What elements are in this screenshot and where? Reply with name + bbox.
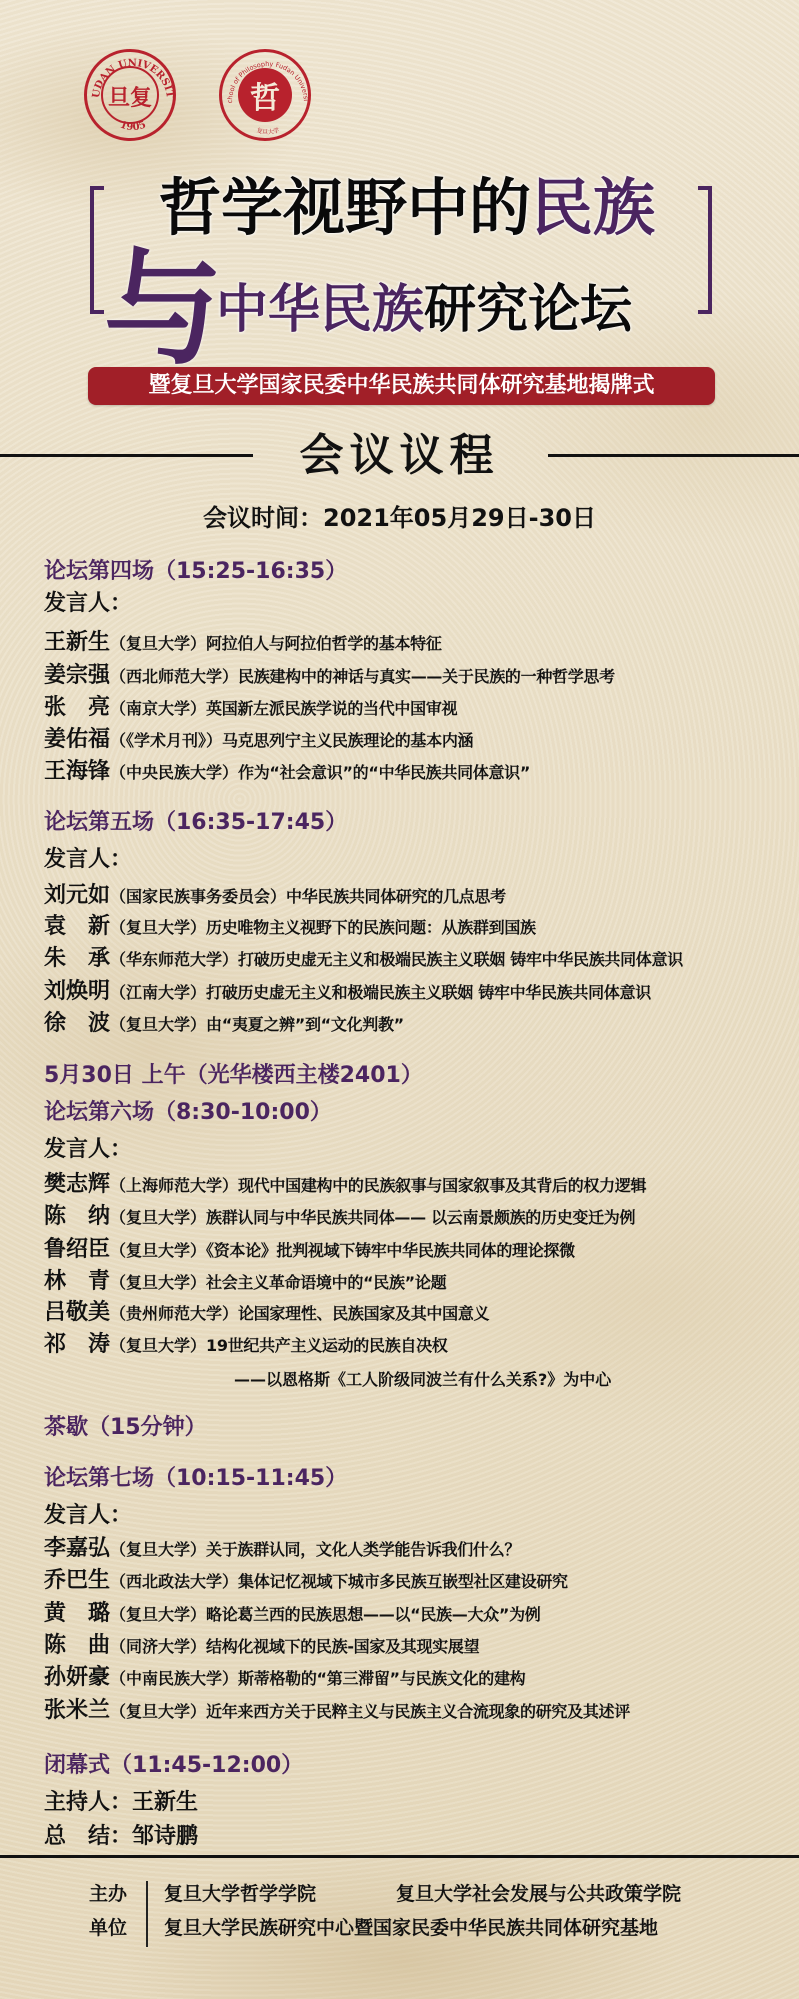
speaker-topic: 现代中国建构中的民族叙事与国家叙事及其背后的权力逻辑 [238,1176,646,1195]
speaker-topic: 略论葛兰西的民族思想——以“民族—大众”为例 [206,1605,540,1624]
speaker-affiliation: （复旦大学） [110,1273,206,1292]
footer-rule [0,1855,799,1858]
school-of-philosophy-logo: School of Philosophy Fudan University 复旦… [219,49,311,141]
speaker-name: 刘元如 [44,881,110,911]
title-line-1-plain: 哲学视野中的 [159,171,531,244]
speaker-name: 刘焕明 [44,977,110,1007]
speaker-topic: 社会主义革命语境中的“民族”论题 [206,1273,446,1292]
speaker-topic: 中华民族共同体研究的几点思考 [286,887,506,906]
session-title: 论坛第六场（8:30-10:00） [44,1098,332,1128]
philosophy-seal-glyph: 哲 [250,73,280,117]
organizer-divider [146,1881,148,1947]
session-title: 论坛第五场（16:35-17:45） [44,808,347,838]
speaker-label: 发言人： [44,589,132,619]
organizer-item: 复旦大学民族研究中心暨国家民委中华民族共同体研究基地 [164,1915,658,1941]
speaker-topic: 论国家理性、民族国家及其中国意义 [238,1304,489,1323]
session-title: 论坛第四场（15:25-16:35） [44,557,347,587]
speaker-name: 鲁绍臣 [44,1235,110,1265]
speaker-affiliation: （复旦大学） [110,918,206,937]
speaker-affiliation: （复旦大学） [110,1605,206,1624]
closing-host-row: 主持人：王新生 [44,1788,198,1818]
speaker-topic: 19世纪共产主义运动的民族自决权 [206,1336,447,1355]
speaker-label: 发言人： [44,1501,132,1531]
title-line-2-plain: 研究论坛 [424,279,632,340]
speaker-affiliation: （复旦大学） [110,1540,206,1559]
fudan-university-logo: FUDAN UNIVERSITY 1905 旦复 [84,49,176,141]
speaker-affiliation: （复旦大学） [110,1702,206,1721]
speaker-affiliation: （复旦大学） [110,1208,206,1227]
speaker-row: 刘元如（国家民族事务委员会）中华民族共同体研究的几点思考 [44,881,506,911]
speaker-affiliation: （江南大学） [110,983,206,1002]
speaker-name: 张米兰 [44,1696,110,1726]
speaker-topic: 作为“社会意识”的“中华民族共同体意识” [238,763,530,782]
speaker-name: 袁 新 [44,912,110,942]
speaker-topic: 关于族群认同，文化人类学能告诉我们什么？ [206,1540,520,1559]
closing-title: 闭幕式（11:45-12:00） [44,1751,303,1781]
speaker-affiliation: （华东师范大学） [110,950,238,969]
subtitle-banner: 暨复旦大学国家民委中华民族共同体研究基地揭牌式 [88,367,715,405]
speaker-row: 吕敬美（贵州师范大学）论国家理性、民族国家及其中国意义 [44,1298,489,1328]
speaker-name: 黄 璐 [44,1599,110,1629]
closing-summary-row: 总 结：邹诗鹏 [44,1822,198,1852]
speaker-name: 孙妍豪 [44,1663,110,1693]
speaker-topic: 族群认同与中华民族共同体—— 以云南景颇族的历史变迁为例 [206,1208,635,1227]
speaker-topic: 《资本论》批判视域下铸牢中华民族共同体的理论探微 [206,1241,575,1260]
speaker-row: 姜佑福（《学术月刊》）马克思列宁主义民族理论的基本内涵 [44,725,473,755]
speaker-topic: 历史唯物主义视野下的民族问题：从族群到国族 [206,918,536,937]
logo-red-disk: 哲 [238,68,292,122]
summary-name: 邹诗鹏 [132,1824,198,1849]
speaker-affiliation: （国家民族事务委员会） [110,887,286,906]
speaker-row: 祁 涛（复旦大学）19世纪共产主义运动的民族自决权 [44,1330,448,1360]
speaker-row: 朱 承（华东师范大学）打破历史虚无主义和极端民族主义联姻 铸牢中华民族共同体意识 [44,944,683,974]
speaker-name: 陈 纳 [44,1202,110,1232]
speaker-name: 朱 承 [44,944,110,974]
speaker-row: 乔巴生（西北政法大学）集体记忆视域下城市多民族互嵌型社区建设研究 [44,1566,568,1596]
day-header: 5月30日 上午（光华楼西主楼2401） [44,1061,423,1091]
speaker-row: 王海锋（中央民族大学）作为“社会意识”的“中华民族共同体意识” [44,757,530,787]
speaker-affiliation: （复旦大学） [110,1015,206,1034]
speaker-topic: 斯蒂格勒的“第三滞留”与民族文化的建构 [238,1669,525,1688]
speaker-row: 张 亮（南京大学）英国新左派民族学说的当代中国审视 [44,693,457,723]
speaker-row: 黄 璐（复旦大学）略论葛兰西的民族思想——以“民族—大众”为例 [44,1599,540,1629]
speaker-affiliation: （上海师范大学） [110,1176,238,1195]
speaker-topic: 近年来西方关于民粹主义与民族主义合流现象的研究及其述评 [206,1702,630,1721]
speaker-row: 王新生（复旦大学）阿拉伯人与阿拉伯哲学的基本特征 [44,628,442,658]
speaker-name: 王海锋 [44,757,110,787]
speaker-affiliation: （西北师范大学） [110,667,238,686]
speaker-affiliation: （同济大学） [110,1637,206,1656]
agenda-heading: 会议议程 [0,428,799,484]
speaker-row: 陈 曲（同济大学）结构化视域下的民族-国家及其现实展望 [44,1631,479,1661]
speaker-row: 鲁绍臣（复旦大学）《资本论》批判视域下铸牢中华民族共同体的理论探微 [44,1235,575,1265]
speaker-affiliation: （中央民族大学） [110,763,238,782]
speaker-label: 发言人： [44,1135,132,1165]
speaker-name: 李嘉弘 [44,1534,110,1564]
speaker-affiliation: （复旦大学） [110,634,206,653]
speaker-topic: 由“夷夏之辨”到“文化判教” [206,1015,404,1034]
organizer-label-line2: 单位 [89,1915,127,1941]
speaker-affiliation: （南京大学） [110,699,206,718]
speaker-row: 徐 波（复旦大学）由“夷夏之辨”到“文化判教” [44,1009,404,1039]
title-line-2-accent: 中华民族 [216,279,424,340]
speaker-affiliation: （《学术月刊》） [110,731,222,750]
speaker-topic-subtitle: ——以恩格斯《工人阶级同波兰有什么关系?》为中心 [234,1365,611,1395]
speaker-row: 刘焕明（江南大学）打破历史虚无主义和极端民族主义联姻 铸牢中华民族共同体意识 [44,977,651,1007]
speaker-row: 袁 新（复旦大学）历史唯物主义视野下的民族问题：从族群到国族 [44,912,536,942]
speaker-name: 吕敬美 [44,1298,110,1328]
speaker-name: 徐 波 [44,1009,110,1039]
speaker-row: 樊志辉（上海师范大学）现代中国建构中的民族叙事与国家叙事及其背后的权力逻辑 [44,1170,646,1200]
speaker-row: 林 青（复旦大学）社会主义革命语境中的“民族”论题 [44,1267,446,1297]
summary-label: 总 结： [44,1824,132,1849]
speaker-name: 林 青 [44,1267,110,1297]
speaker-label: 发言人： [44,845,132,875]
svg-text:1905: 1905 [118,119,147,133]
speaker-topic: 阿拉伯人与阿拉伯哲学的基本特征 [206,634,442,653]
host-name: 王新生 [132,1790,198,1815]
speaker-topic: 打破历史虚无主义和极端民族主义联姻 铸牢中华民族共同体意识 [206,983,651,1002]
speaker-name: 张 亮 [44,693,110,723]
speaker-topic: 民族建构中的神话与真实——关于民族的一种哲学思考 [238,667,615,686]
organizer-label-line1: 主办 [89,1881,127,1907]
speaker-affiliation: （复旦大学） [110,1241,206,1260]
speaker-row: 张米兰（复旦大学）近年来西方关于民粹主义与民族主义合流现象的研究及其述评 [44,1696,630,1726]
title-line-2: 中华民族研究论坛 [216,278,686,342]
speaker-row: 李嘉弘（复旦大学）关于族群认同，文化人类学能告诉我们什么？ [44,1534,520,1564]
meeting-time: 会议时间：2021年05月29日-30日 [0,503,799,533]
session-title: 论坛第七场（10:15-11:45） [44,1464,347,1494]
speaker-topic: 马克思列宁主义民族理论的基本内涵 [222,731,473,750]
speaker-topic: 集体记忆视域下城市多民族互嵌型社区建设研究 [238,1572,568,1591]
speaker-row: 姜宗强（西北师范大学）民族建构中的神话与真实——关于民族的一种哲学思考 [44,661,615,691]
title-line-1-accent: 民族 [531,171,655,244]
speaker-affiliation: （复旦大学） [110,1336,206,1355]
speaker-name: 陈 曲 [44,1631,110,1661]
speaker-name: 姜佑福 [44,725,110,755]
speaker-topic: 结构化视域下的民族-国家及其现实展望 [206,1637,479,1656]
organizer-item: 复旦大学社会发展与公共政策学院 [396,1881,681,1907]
speaker-name: 祁 涛 [44,1330,110,1360]
speaker-topic: 英国新左派民族学说的当代中国审视 [206,699,457,718]
title-yu-character: 与 [104,247,222,371]
tea-break: 茶歇（15分钟） [44,1413,207,1443]
speaker-affiliation: （西北政法大学） [110,1572,238,1591]
speaker-name: 樊志辉 [44,1170,110,1200]
speaker-row: 孙妍豪（中南民族大学）斯蒂格勒的“第三滞留”与民族文化的建构 [44,1663,525,1693]
title-left-bracket [90,186,104,314]
speaker-row: 陈 纳（复旦大学）族群认同与中华民族共同体—— 以云南景颇族的历史变迁为例 [44,1202,635,1232]
fudan-seal-glyph: 旦复 [108,81,152,112]
speaker-name: 王新生 [44,628,110,658]
speaker-affiliation: （中南民族大学） [110,1669,238,1688]
speaker-name: 姜宗强 [44,661,110,691]
svg-text:复旦大学: 复旦大学 [256,126,281,136]
speaker-topic: 打破历史虚无主义和极端民族主义联姻 铸牢中华民族共同体意识 [238,950,683,969]
organizer-item: 复旦大学哲学学院 [164,1881,316,1907]
speaker-name: 乔巴生 [44,1566,110,1596]
speaker-affiliation: （贵州师范大学） [110,1304,238,1323]
host-label: 主持人： [44,1790,132,1815]
